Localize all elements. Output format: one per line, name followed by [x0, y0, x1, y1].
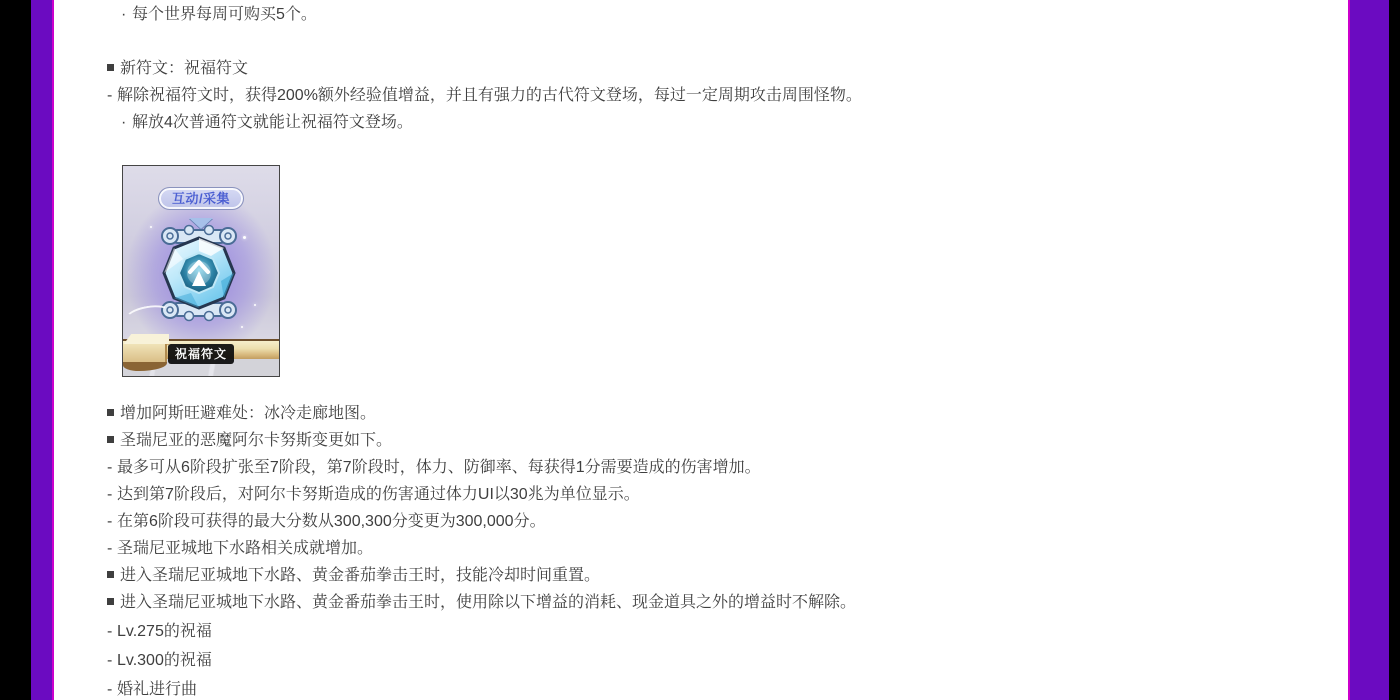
patch-notes-body: ·每个世界每周可购买5个。新符文：祝福符文-解除祝福符文时，获得200%额外经验… — [54, 0, 1348, 700]
text-line: 新符文：祝福符文 — [107, 55, 1348, 82]
line-text: 解放4次普通符文就能让祝福符文登场。 — [132, 114, 413, 131]
line-text: 在第6阶段可获得的最大分数从300,300分变更为300,000分。 — [117, 513, 546, 530]
bullet-dot-icon: · — [121, 1, 132, 28]
text-line: -Lv.300的祝福 — [107, 647, 1348, 674]
text-line: -达到第7阶段后，对阿尔卡努斯造成的伤害通过体力UI以30兆为单位显示。 — [107, 481, 1348, 508]
window-edge-left — [0, 0, 31, 700]
bullet-dash-icon: - — [107, 82, 117, 109]
lines-bottom: 增加阿斯旺避难处：冰冷走廊地图。圣瑞尼亚的恶魔阿尔卡努斯变更如下。-最多可从6阶… — [107, 400, 1348, 700]
page-accent-bar-right — [1350, 0, 1389, 700]
line-text: 解除祝福符文时，获得200%额外经验值增益，并且有强力的古代符文登场，每过一定周… — [117, 87, 862, 104]
line-text: 圣瑞尼亚城地下水路相关成就增加。 — [117, 540, 373, 557]
bullet-dash-icon: - — [107, 535, 117, 562]
wooden-block — [123, 334, 169, 374]
text-line: -Lv.275的祝福 — [107, 618, 1348, 645]
text-line: 增加阿斯旺避难处：冰冷走廊地图。 — [107, 400, 1348, 427]
text-line: -最多可从6阶段扩张至7阶段，第7阶段时，体力、防御率、每获得1分需要造成的伤害… — [107, 454, 1348, 481]
line-text: 婚礼进行曲 — [117, 681, 197, 698]
text-line: -圣瑞尼亚城地下水路相关成就增加。 — [107, 535, 1348, 562]
sparkle-icon — [254, 304, 256, 306]
text-line: ·每个世界每周可购买5个。 — [107, 1, 1348, 28]
line-text: 每个世界每周可购买5个。 — [132, 6, 317, 23]
bullet-square-icon — [107, 436, 114, 443]
sparkle-icon — [241, 326, 243, 328]
text-line: -在第6阶段可获得的最大分数从300,300分变更为300,000分。 — [107, 508, 1348, 535]
text-line: 圣瑞尼亚的恶魔阿尔卡努斯变更如下。 — [107, 427, 1348, 454]
window-edge-right — [1389, 0, 1400, 700]
line-text: 增加阿斯旺避难处：冰冷走廊地图。 — [120, 405, 376, 422]
interact-gather-button: 互动/采集 — [158, 187, 244, 210]
bullet-dash-icon: - — [107, 676, 117, 700]
bullet-dash-icon: - — [107, 508, 117, 535]
text-line — [107, 28, 1348, 55]
text-line: 进入圣瑞尼亚城地下水路、黄金番茄拳击王时，技能冷却时间重置。 — [107, 562, 1348, 589]
bullet-dash-icon: - — [107, 481, 117, 508]
line-text: Lv.300的祝福 — [117, 652, 212, 669]
line-text: 达到第7阶段后，对阿尔卡努斯造成的伤害通过体力UI以30兆为单位显示。 — [117, 486, 640, 503]
text-line: 进入圣瑞尼亚城地下水路、黄金番茄拳击王时，使用除以下增益的消耗、现金道具之外的增… — [107, 589, 1348, 616]
page-accent-bar-left — [31, 0, 52, 700]
line-text: 进入圣瑞尼亚城地下水路、黄金番茄拳击王时，技能冷却时间重置。 — [120, 567, 600, 584]
bullet-square-icon — [107, 409, 114, 416]
bullet-dash-icon: - — [107, 618, 117, 645]
lines-top: ·每个世界每周可购买5个。新符文：祝福符文-解除祝福符文时，获得200%额外经验… — [107, 1, 1348, 136]
line-text: 进入圣瑞尼亚城地下水路、黄金番茄拳击王时，使用除以下增益的消耗、现金道具之外的增… — [120, 594, 856, 611]
line-text: 圣瑞尼亚的恶魔阿尔卡努斯变更如下。 — [120, 432, 392, 449]
content-area: ·每个世界每周可购买5个。新符文：祝福符文-解除祝福符文时，获得200%额外经验… — [54, 0, 1348, 700]
text-line: -解除祝福符文时，获得200%额外经验值增益，并且有强力的古代符文登场，每过一定… — [107, 82, 1348, 109]
bullet-dash-icon: - — [107, 454, 117, 481]
bullet-square-icon — [107, 64, 114, 71]
line-text: Lv.275的祝福 — [117, 623, 212, 640]
line-text: 最多可从6阶段扩张至7阶段，第7阶段时，体力、防御率、每获得1分需要造成的伤害增… — [117, 459, 761, 476]
rune-screenshot: 互动/采集 — [122, 165, 280, 377]
text-line: -婚礼进行曲 — [107, 676, 1348, 700]
bullet-dash-icon: - — [107, 647, 117, 674]
wood-shadow — [123, 362, 167, 371]
bullet-dot-icon: · — [121, 109, 132, 136]
bullet-square-icon — [107, 598, 114, 605]
wood-front-face — [123, 344, 167, 363]
text-line: ·解放4次普通符文就能让祝福符文登场。 — [107, 109, 1348, 136]
rune-caption: 祝福符文 — [168, 344, 234, 364]
line-text: 新符文：祝福符文 — [120, 60, 248, 77]
bullet-square-icon — [107, 571, 114, 578]
